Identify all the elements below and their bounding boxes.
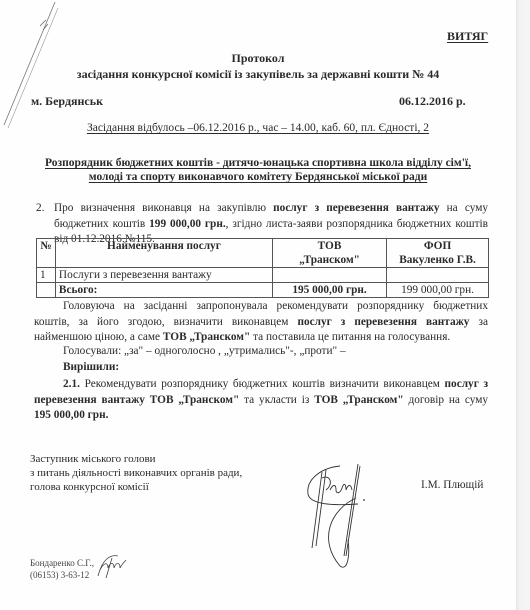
total-label: Всього: (55, 283, 272, 298)
col-header-transkom: ТОВ„Транском" (272, 239, 386, 268)
scan-edge-shadow (516, 0, 530, 610)
city: м. Бердянськ (31, 94, 103, 109)
col-header-number: № (37, 239, 56, 268)
service-name: Послуги з перевезення вантажу (55, 268, 272, 283)
table-header-row: № Найменування послуг ТОВ„Транском" ФОПВ… (37, 239, 489, 268)
role-line3: голова конкурсної комісії (30, 480, 242, 494)
total-vakulenko: 199 000,00 грн. (387, 283, 489, 298)
document-subtitle: засідання конкурсної комісії із закупіве… (0, 67, 516, 82)
discussion-line3: найменшою ціною, а саме ТОВ „Транском" т… (34, 330, 488, 346)
item-number: 2. (36, 201, 44, 217)
decision-line1: 2.1. Рекомендувати розпоряднику бюджетни… (34, 377, 488, 393)
meeting-info: Засідання відбулось –06.12.2016 р., час … (0, 122, 516, 134)
budget-manager-line1: Розпорядник бюджетних коштів - дитячо-юн… (0, 157, 516, 169)
decision-paragraph: 2.1. Рекомендувати розпоряднику бюджетни… (34, 377, 488, 424)
price-comparison-table: № Найменування послуг ТОВ„Транском" ФОПВ… (36, 238, 489, 298)
item2-line1: Про визначення виконавця на закупівлю по… (54, 201, 488, 217)
total-transkom: 195 000,00 грн. (272, 283, 386, 298)
discussion-paragraph: Головуюча на засіданні запропонувала рек… (34, 299, 488, 346)
discussion-line1: Головуюча на засіданні запропонувала рек… (34, 299, 488, 315)
row-number: 1 (37, 268, 56, 283)
discussion-line2: коштів, за його згодою, визначити викона… (34, 315, 488, 331)
document-title: Протокол (0, 51, 516, 66)
signatory-name: І.М. Плющій (421, 479, 483, 491)
item2-line2: бюджетних коштів 199 000,00 грн., згідно… (54, 217, 488, 233)
document-date: 06.12.2016 р. (399, 94, 466, 109)
table-total-row: Всього: 195 000,00 грн. 199 000,00 грн. (37, 283, 489, 298)
handwritten-signature-icon (300, 460, 380, 580)
decision-line2: перевезення вантажу ТОВ „Транском" та ук… (34, 393, 488, 409)
row-number (37, 283, 56, 298)
role-line1: Заступник міського голови (30, 452, 242, 466)
executor-info: Бондаренко С.Г., (06153) 3-63-12 (30, 557, 94, 581)
handwritten-initials-icon (92, 550, 132, 580)
decided-heading: Вирішили: (63, 361, 119, 373)
price-vakulenko (387, 268, 489, 283)
executor-phone: (06153) 3-63-12 (30, 569, 94, 581)
budget-manager-line2: молоді та спорту виконавчого комітету Бе… (0, 171, 516, 183)
executor-name: Бондаренко С.Г., (30, 557, 94, 569)
role-line2: з питань діяльності виконавчих органів р… (30, 466, 242, 480)
price-transkom (272, 268, 386, 283)
signatory-role: Заступник міського голови з питань діяль… (30, 452, 242, 494)
table-row: 1 Послуги з перевезення вантажу (37, 268, 489, 283)
col-header-service: Найменування послуг (55, 239, 272, 268)
decision-line3: 195 000,00 грн. (34, 408, 488, 424)
col-header-vakulenko: ФОПВакуленко Г.В. (387, 239, 489, 268)
extract-label: ВИТЯГ (447, 29, 488, 44)
voting-results: Голосували: „за" – одноголосно , „утрима… (63, 345, 346, 357)
